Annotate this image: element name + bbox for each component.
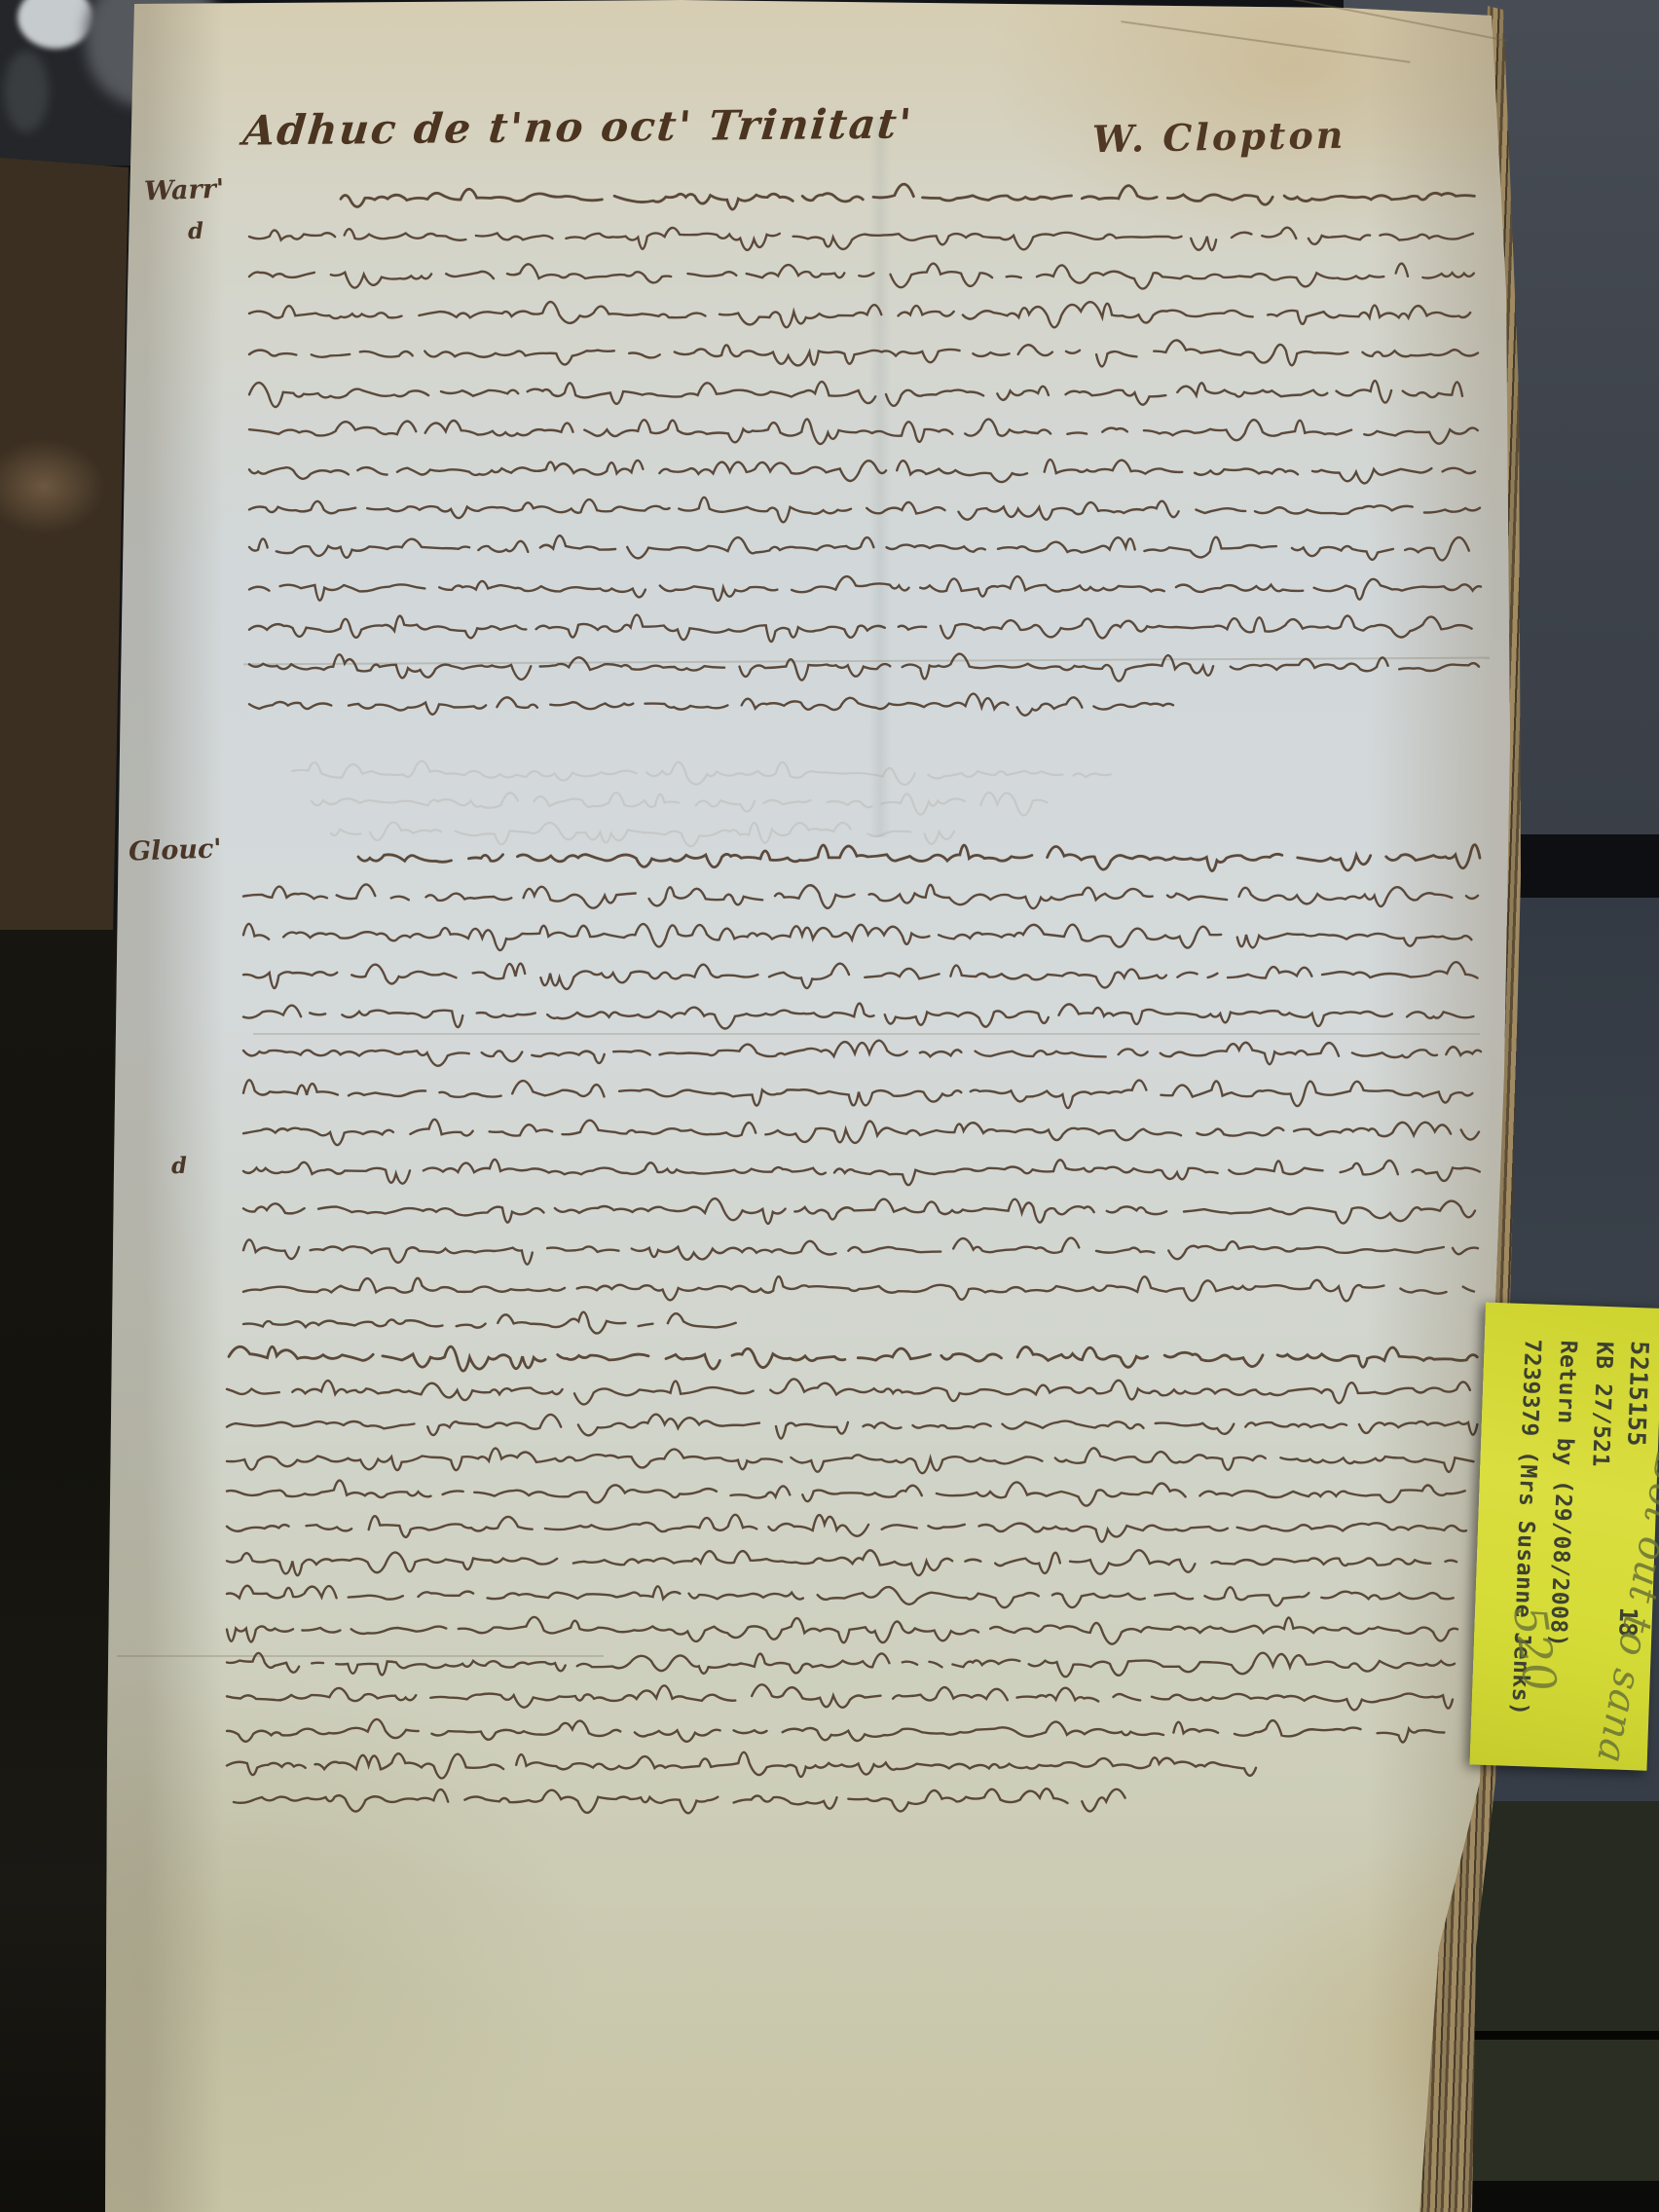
manuscript-line	[249, 576, 1481, 601]
manuscript-line	[243, 1004, 1473, 1029]
manuscript-line	[249, 302, 1470, 327]
manuscript-line	[312, 793, 1064, 815]
manuscript-line	[227, 1617, 1457, 1644]
manuscript-line	[243, 884, 1478, 908]
manuscript-line	[249, 498, 1480, 522]
manuscript-line	[234, 1788, 1125, 1813]
manuscript-line	[227, 1550, 1456, 1575]
manuscript-line	[227, 1415, 1477, 1439]
manuscript-line	[243, 1160, 1480, 1185]
manuscript-line	[243, 1238, 1478, 1265]
manuscript-line	[227, 1515, 1466, 1542]
manuscript-line	[249, 264, 1474, 289]
manuscript-line	[227, 1752, 1256, 1779]
manuscript-line	[249, 228, 1473, 250]
note-document-reference: KB 27/521	[1587, 1341, 1616, 1467]
manuscript-line	[243, 1041, 1481, 1066]
manuscript-line	[249, 340, 1478, 366]
manuscript-line	[227, 1448, 1474, 1473]
note-barcode-number: 5215155	[1622, 1341, 1654, 1448]
manuscript-line	[249, 654, 1479, 682]
manuscript-line	[227, 1719, 1444, 1743]
manuscript-line	[249, 381, 1477, 407]
manuscript-line	[243, 1120, 1479, 1145]
manuscript-text-lines	[0, 0, 1659, 2212]
manuscript-line	[243, 1312, 736, 1334]
manuscript-line	[331, 823, 954, 847]
manuscript-line	[249, 419, 1478, 444]
sticky-note: 5215155 18 KB 27/521 Return by (29/08/20…	[1470, 1303, 1659, 1771]
manuscript-line	[229, 1346, 1477, 1371]
manuscript-line	[341, 184, 1474, 209]
sticky-note-face: 5215155 18 KB 27/521 Return by (29/08/20…	[1470, 1303, 1659, 1771]
manuscript-line	[227, 1586, 1454, 1607]
archive-photograph: Adhuc de t'no oct' Trinitat' W. Clopton …	[0, 0, 1659, 2212]
manuscript-line	[249, 535, 1469, 560]
manuscript-line	[243, 962, 1478, 989]
manuscript-line	[227, 1379, 1470, 1404]
manuscript-line	[243, 1276, 1474, 1301]
manuscript-line	[227, 1653, 1455, 1677]
manuscript-line	[227, 1684, 1453, 1710]
manuscript-line	[243, 1198, 1475, 1224]
manuscript-line	[249, 694, 1173, 716]
note-pencil-annotation: Bot out to sana	[1588, 1451, 1659, 1768]
manuscript-line	[358, 845, 1480, 871]
manuscript-line	[243, 924, 1471, 950]
manuscript-line	[292, 761, 1111, 785]
manuscript-line	[227, 1481, 1465, 1506]
manuscript-line	[249, 615, 1472, 642]
manuscript-line	[249, 460, 1475, 483]
manuscript-line	[243, 1080, 1472, 1108]
note-return-by-date: Return by (29/08/2008)	[1545, 1340, 1581, 1647]
